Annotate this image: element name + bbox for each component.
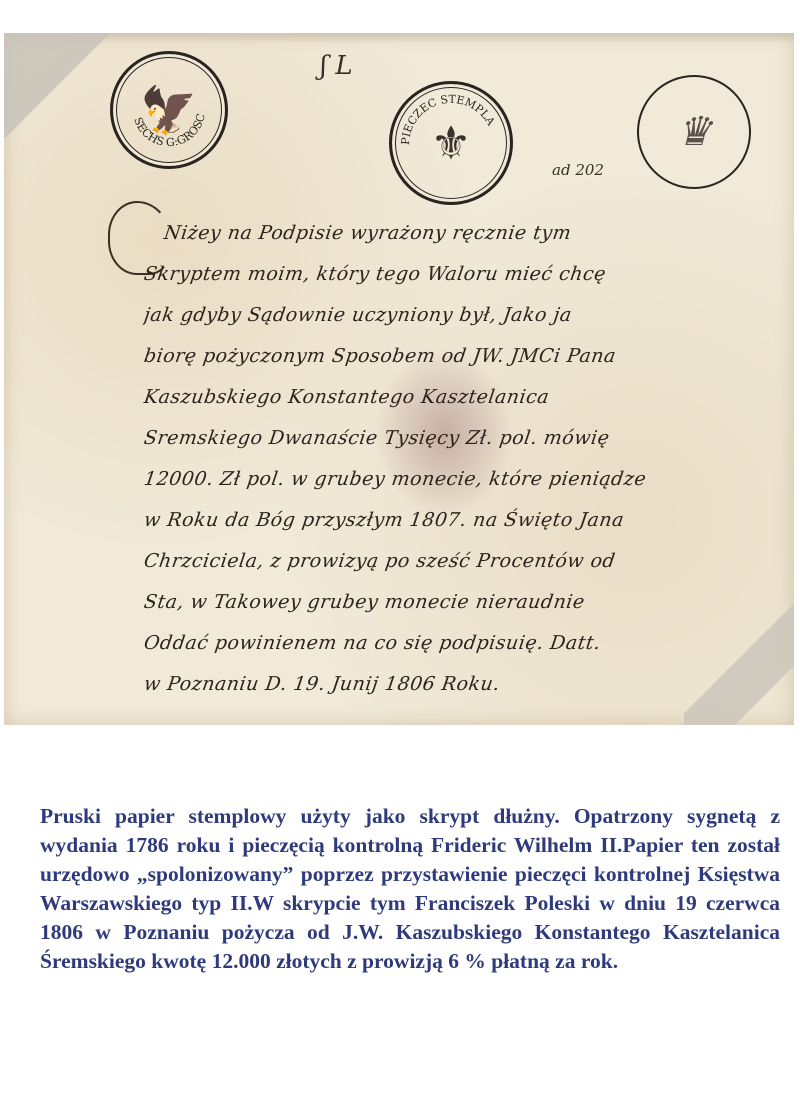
handwriting-line: biorę pożyczonym Sposobem od JW. JMCi Pa…	[141, 336, 797, 377]
folio-number: ad 202	[552, 161, 604, 179]
stamp-1-ring-text: SECHS G:GROSCHEN	[113, 54, 208, 149]
handwriting-line: w Roku da Bóg przyszłym 1807. na Święto …	[141, 500, 797, 541]
crowned-monogram-icon: ♛	[676, 112, 712, 152]
handwriting-line: Kaszubskiego Konstantego Kasztelanica	[141, 377, 797, 418]
prussian-six-groschen-stamp: SECHS G:GROSCHEN 🦅	[110, 51, 228, 169]
handwriting-line: Niżey na Podpisie wyrażony ręcznie tym	[141, 213, 797, 254]
handwritten-text: Niżey na Podpisie wyrażony ręcznie tym S…	[144, 213, 794, 705]
handwriting-line: 12000. Zł pol. w grubey monecie, które p…	[141, 459, 797, 500]
handwriting-line: Chrzciciela, z prowizyą po sześć Procent…	[141, 541, 797, 582]
handwriting-line: Oddać powinienem na co się podpisuię. Da…	[141, 623, 797, 664]
document-scan: ʃ L SECHS G:GROSCHEN 🦅 PIECZEC STEMPLA ⚜…	[4, 33, 794, 725]
handwriting-line: Skryptem moim, który tego Waloru mieć ch…	[141, 254, 797, 295]
svg-text:PIECZEC STEMPLA: PIECZEC STEMPLA	[399, 93, 498, 146]
svg-text:SECHS G:GROSCHEN: SECHS G:GROSCHEN	[113, 54, 208, 149]
handwriting-line: Sremskiego Dwanaście Tysięcy Zł. pol. mó…	[141, 418, 797, 459]
royal-monogram-stamp: ♛	[637, 75, 751, 189]
handwriting-line: w Poznaniu D. 19. Junij 1806 Roku.	[141, 664, 797, 705]
reference-mark: ʃ L	[320, 51, 353, 81]
handwriting-line: Sta, w Takowey grubey monecie nieraudnie	[141, 582, 797, 623]
duchy-of-warsaw-control-stamp: PIECZEC STEMPLA ⚜	[389, 81, 513, 205]
stamp-2-ring-text: PIECZEC STEMPLA	[399, 93, 498, 146]
caption-text: Pruski papier stemplowy użyty jako skryp…	[40, 802, 780, 976]
handwriting-line: jak gdyby Sądownie uczyniony był, Jako j…	[141, 295, 797, 336]
